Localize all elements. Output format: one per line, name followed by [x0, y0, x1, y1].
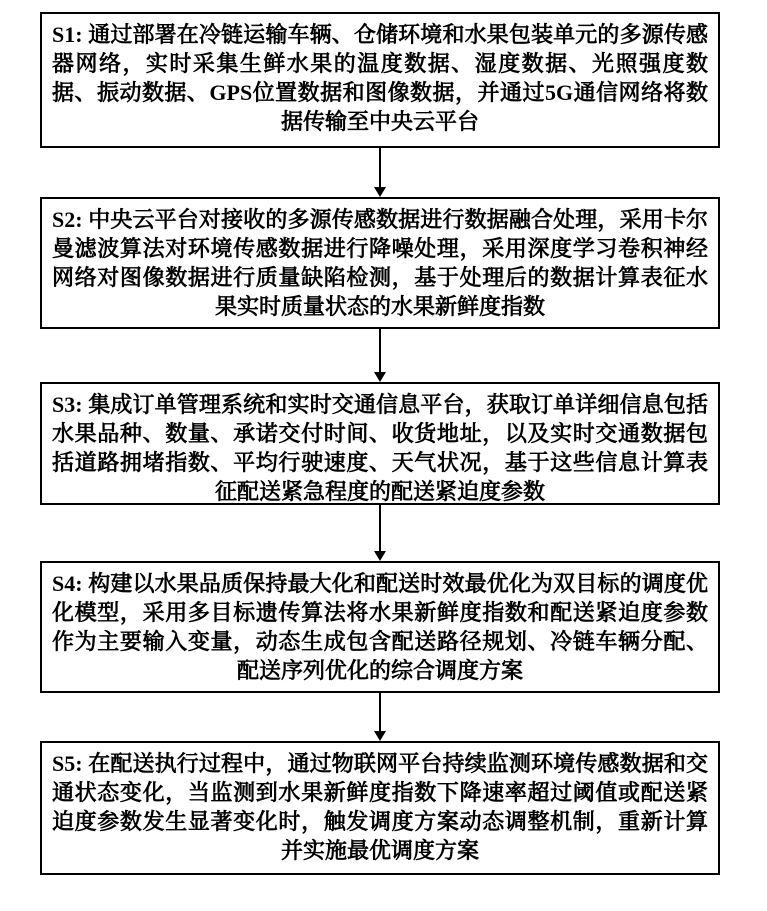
flow-step-s4: S4: 构建以水果品质保持最大化和配送时效最优化为双目标的调度优化模型，采用多目…: [40, 561, 720, 693]
flowchart-canvas: S1: 通过部署在冷链运输车辆、仓储环境和水果包装单元的多源传感器网络，实时采集…: [0, 0, 767, 911]
arrow-down-icon: [379, 693, 381, 732]
flow-step-s1: S1: 通过部署在冷链运输车辆、仓储环境和水果包装单元的多源传感器网络，实时采集…: [40, 12, 720, 148]
arrow-down-icon: [379, 148, 381, 188]
flow-step-s2: S2: 中央云平台对接收的多源传感数据进行数据融合处理，采用卡尔曼滤波算法对环境…: [40, 197, 720, 329]
arrow-down-icon: [379, 329, 381, 373]
flow-step-s5: S5: 在配送执行过程中，通过物联网平台持续监测环境传感数据和交通状态变化，当监…: [40, 741, 720, 875]
flow-step-s3: S3: 集成订单管理系统和实时交通信息平台，获取订单详细信息包括水果品种、数量、…: [40, 382, 720, 505]
arrow-down-icon: [379, 505, 381, 552]
